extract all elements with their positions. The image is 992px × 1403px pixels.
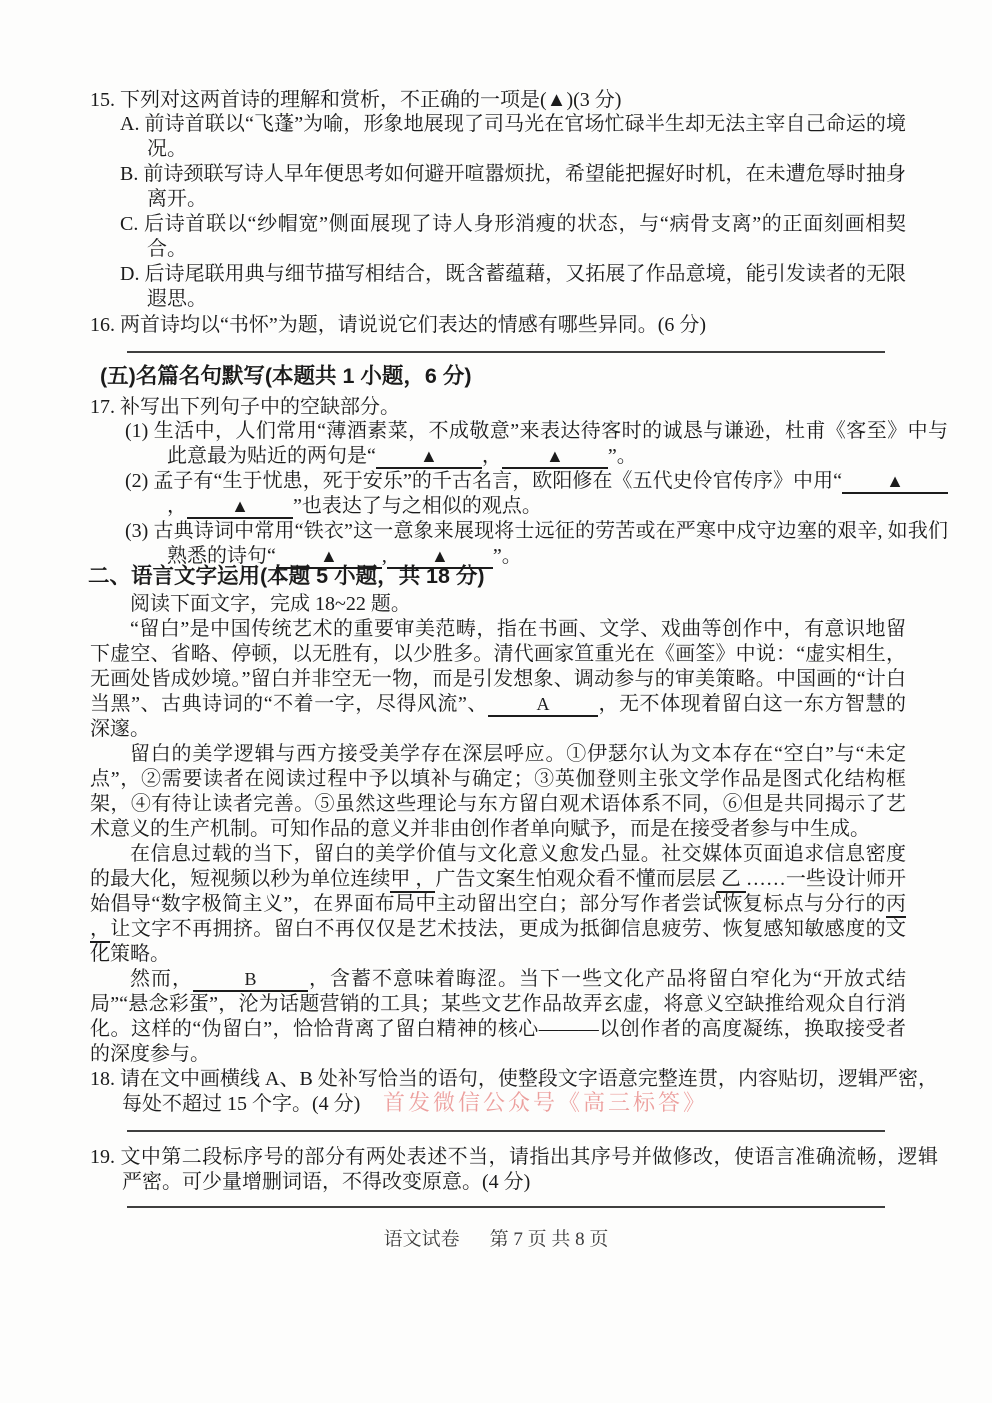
text-segment: ， xyxy=(482,445,502,467)
underlined-blank-term: 乙 xyxy=(716,868,746,893)
exam-page: 15. 下列对这两首诗的理解和赏析，不正确的一项是(▲)(3 分) A. 前诗首… xyxy=(0,0,992,1403)
option-b: B. 前诗颈联写诗人早年便思考如何避开喧嚣烦扰，希望能把握好时机，在未遭危辱时抽… xyxy=(120,162,906,212)
text-segment: 让文字不再拥挤。留白不再仅仅是艺术技法，更成为抵御信息疲劳、恢复感知敏感度的文化… xyxy=(90,918,906,965)
section-divider xyxy=(127,1130,885,1132)
answer-blank: ▲ xyxy=(842,470,948,494)
watermark: 首发微信公众号《高三标答》 xyxy=(383,1086,708,1117)
text-segment: 然而， xyxy=(130,968,193,990)
footer-divider xyxy=(127,1206,885,1208)
text-segment: (2) 孟子有“生于忧患，死于安乐”的千古名言，欧阳修在《五代史伶官传序》中用“ xyxy=(125,470,842,492)
text-segment: (3) 古典诗词中常用“铁衣”这一意象来展现将士远征的劳苦或在严寒中戍守边塞的艰… xyxy=(125,520,948,567)
passage-paragraph-4: 然而，B，含蓄不意味着晦涩。当下一些文化产品将留白窄化为“开放式结局”“悬念彩蛋… xyxy=(90,967,906,1067)
text-segment: 广告文案生怕观众看不懂而层层 xyxy=(435,868,715,890)
question-19-stem: 19. 文中第二段标序号的部分有两处表述不当，请指出其序号并做修改，使语言准确流… xyxy=(90,1145,938,1195)
passage-paragraph-1: “留白”是中国传统艺术的重要审美范畴，指在书画、文学、戏曲等创作中，有意识地留下… xyxy=(90,617,906,742)
q17-item-2: (2) 孟子有“生于忧患，死于安乐”的千古名言，欧阳修在《五代史伶官传序》中用“… xyxy=(125,469,948,519)
option-a: A. 前诗首联以“飞蓬”为喻，形象地展现了司马光在官场忙碌半生却无法主宰自己命运… xyxy=(120,112,906,162)
question-16-stem: 16. 两首诗均以“书怀”为题，请说说它们表达的情感有哪些异同。(6 分) xyxy=(90,313,938,338)
text-segment: ”。 xyxy=(493,545,522,567)
section-heading-two: 二、语言文字运用(本题 5 小题，共 18 分) xyxy=(88,563,485,589)
page-footer: 语文试卷第 7 页 共 8 页 xyxy=(0,1224,992,1251)
q17-item-3: (3) 古典诗词中常用“铁衣”这一意象来展现将士远征的劳苦或在严寒中戍守边塞的艰… xyxy=(125,519,948,569)
text-segment: ”。 xyxy=(608,445,637,467)
answer-blank: ▲ xyxy=(502,445,608,469)
answer-blank: ▲ xyxy=(376,445,482,469)
option-c: C. 后诗首联以“纱帽宽”侧面展现了诗人身形消瘦的状态，与“病骨支离”的正面刻画… xyxy=(120,212,906,262)
section-divider xyxy=(127,351,885,353)
footer-title: 语文试卷 xyxy=(384,1229,460,1250)
answer-blank: B xyxy=(193,968,308,992)
underlined-blank-term: 甲 ， xyxy=(390,868,435,893)
section-heading-five: (五)名篇名句默写(本题共 1 小题，6 分) xyxy=(100,363,471,389)
option-d: D. 后诗尾联用典与细节描写相结合，既含蓄蕴藉，又拓展了作品意境，能引发读者的无… xyxy=(120,262,906,312)
answer-blank: ▲ xyxy=(187,495,293,519)
question-15-stem: 15. 下列对这两首诗的理解和赏析，不正确的一项是(▲)(3 分) xyxy=(90,88,938,113)
q17-item-1: (1) 生活中，人们常用“薄酒素菜，不成敬意”来表达待客时的诚恳与谦逊，杜甫《客… xyxy=(125,419,948,469)
passage-paragraph-3: 在信息过载的当下，留白的美学价值与文化意义愈发凸显。社交媒体页面追求信息密度的最… xyxy=(90,842,906,967)
text-segment: ”也表达了与之相似的观点。 xyxy=(293,495,542,517)
footer-page-number: 第 7 页 共 8 页 xyxy=(490,1229,609,1250)
answer-blank: A xyxy=(488,693,598,717)
question-15-options: A. 前诗首联以“飞蓬”为喻，形象地展现了司马光在官场忙碌半生却无法主宰自己命运… xyxy=(120,112,906,312)
text-segment: ， xyxy=(167,495,187,517)
question-17-stem: 17. 补写出下列句子中的空缺部分。 xyxy=(90,395,938,420)
reading-intro: 阅读下面文字，完成 18~22 题。 xyxy=(90,592,906,617)
passage-paragraph-2: 留白的美学逻辑与西方接受美学存在深层呼应。①伊瑟尔认为文本存在“空白”与“未定点… xyxy=(90,742,906,842)
